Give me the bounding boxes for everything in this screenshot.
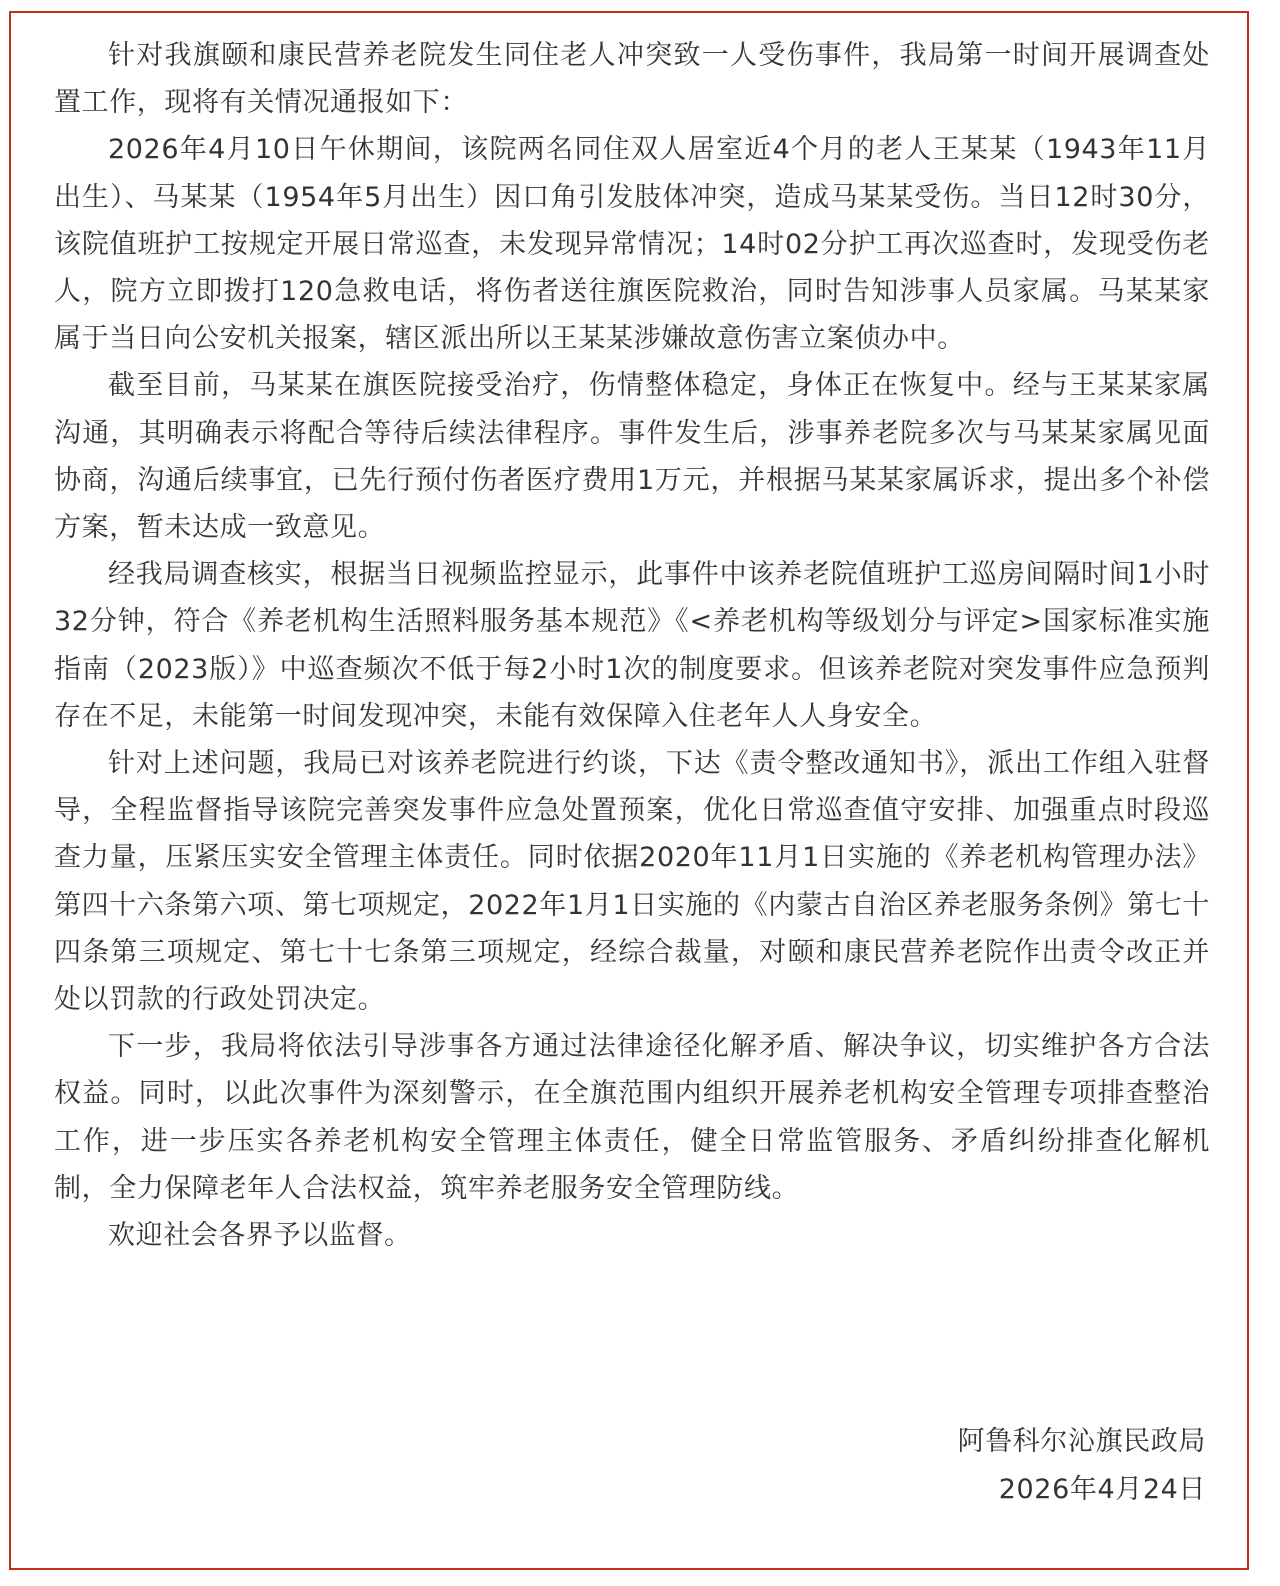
paragraph-intro: 针对我旗颐和康民营养老院发生同住老人冲突致一人受伤事件，我局第一时间开展调查处置… bbox=[54, 32, 1210, 126]
paragraph-penalty: 针对上述问题，我局已对该养老院进行约谈，下达《责令整改通知书》，派出工作组入驻督… bbox=[54, 740, 1210, 1023]
issue-date: 2026年4月24日 bbox=[958, 1466, 1206, 1514]
paragraph-next-steps: 下一步，我局将依法引导涉事各方通过法律途径化解矛盾、解决争议，切实维护各方合法权… bbox=[54, 1023, 1210, 1212]
paragraph-closing: 欢迎社会各界予以监督。 bbox=[54, 1212, 1210, 1259]
paragraph-incident: 2026年4月10日午休期间，该院两名同住双人居室近4个月的老人王某某（1943… bbox=[54, 126, 1210, 362]
paragraph-current-status: 截至目前，马某某在旗医院接受治疗，伤情整体稳定，身体正在恢复中。经与王某某家属沟… bbox=[54, 362, 1210, 551]
signature-block: 阿鲁科尔沁旗民政局 2026年4月24日 bbox=[958, 1418, 1206, 1514]
issuing-organization: 阿鲁科尔沁旗民政局 bbox=[958, 1418, 1206, 1466]
paragraph-investigation: 经我局调查核实，根据当日视频监控显示，此事件中该养老院值班护工巡房间隔时间1小时… bbox=[54, 551, 1210, 740]
notice-body: 针对我旗颐和康民营养老院发生同住老人冲突致一人受伤事件，我局第一时间开展调查处置… bbox=[54, 32, 1210, 1259]
